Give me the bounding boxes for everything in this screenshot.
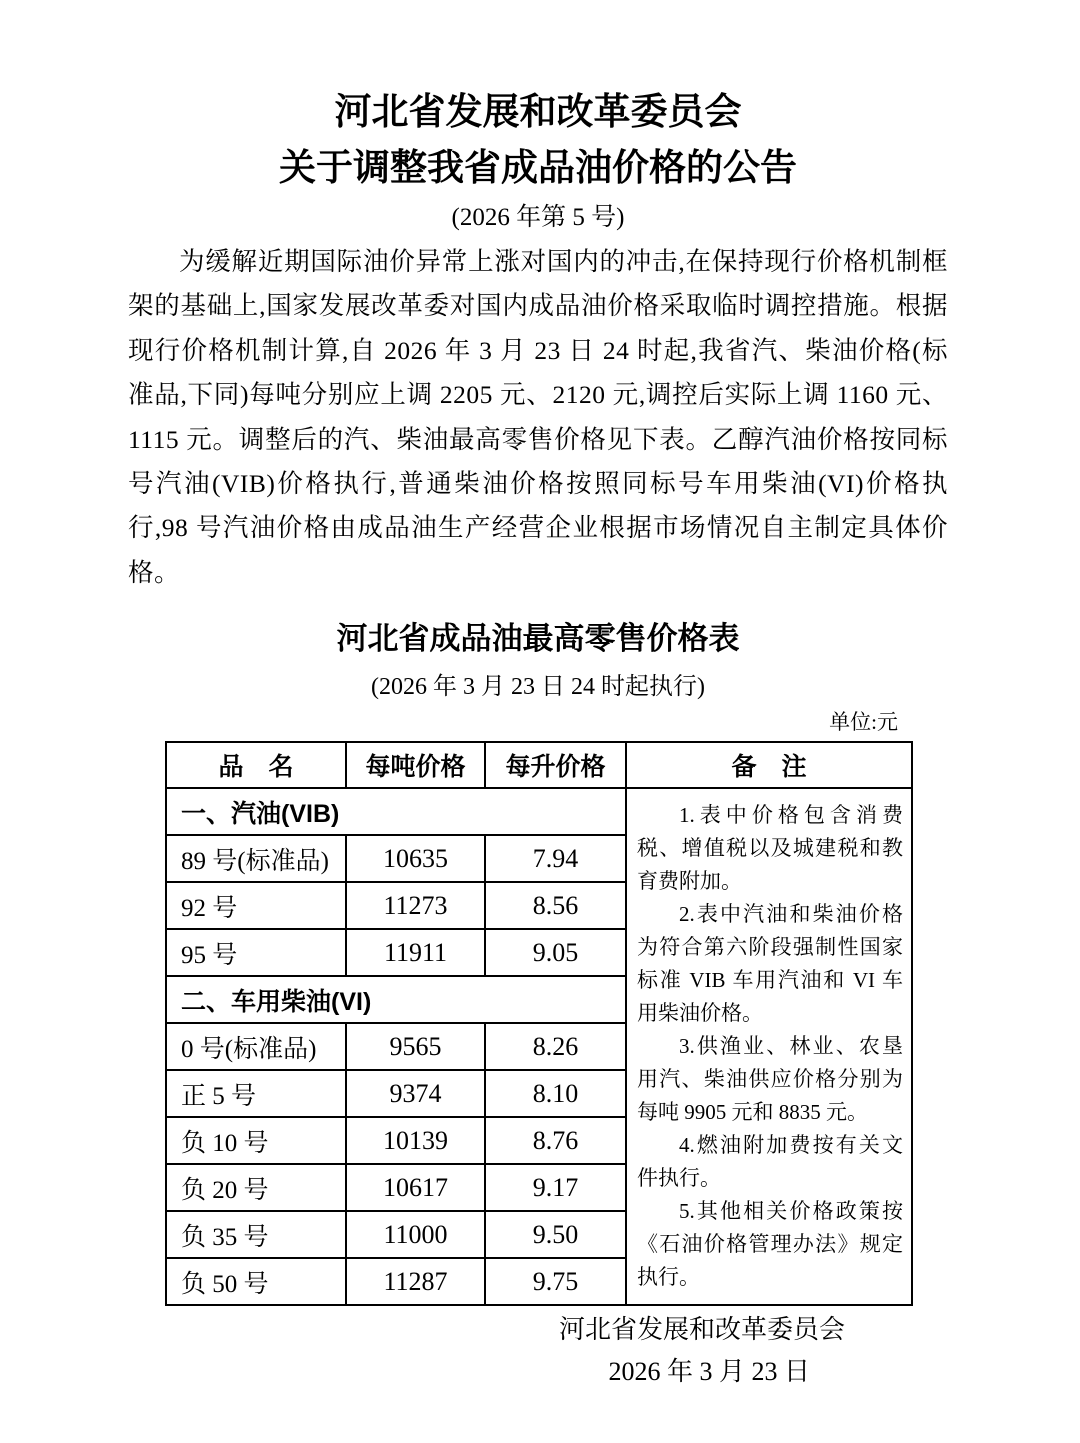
price-per-ton-cell: 10139 xyxy=(346,1117,485,1164)
price-per-ton-cell: 9565 xyxy=(346,1023,485,1070)
price-per-liter-cell: 8.56 xyxy=(485,882,626,929)
price-per-ton-cell: 11287 xyxy=(346,1258,485,1305)
document-number: (2026 年第 5 号) xyxy=(128,200,948,236)
signature-block: 河北省发展和改革委员会 2026 年 3 月 23 日 xyxy=(128,1310,948,1392)
product-name-cell: 负 35 号 xyxy=(166,1211,346,1258)
price-per-liter-cell: 9.50 xyxy=(485,1211,626,1258)
section-row: 一、汽油(VIB)1.表中价格包含消费税、增值税以及城建税和教育费附加。2.表中… xyxy=(166,788,912,835)
body-paragraph: 为缓解近期国际油价异常上涨对国内的冲击,在保持现行价格机制框架的基础上,国家发展… xyxy=(128,240,948,595)
document-page: 河北省发展和改革委员会 关于调整我省成品油价格的公告 (2026 年第 5 号)… xyxy=(0,0,1080,1443)
note-item: 4.燃油附加费按有关文件执行。 xyxy=(637,1129,903,1195)
price-per-liter-cell: 8.26 xyxy=(485,1023,626,1070)
section-label: 二、车用柴油(VI) xyxy=(166,976,626,1023)
column-header-remarks: 备 注 xyxy=(626,742,912,788)
product-name-cell: 95 号 xyxy=(166,929,346,976)
price-per-ton-cell: 10635 xyxy=(346,835,485,882)
price-table-container: 单位:元 品 名每吨价格每升价格备 注 一、汽油(VIB)1.表中价格包含消费税… xyxy=(165,707,911,1306)
price-per-liter-cell: 8.76 xyxy=(485,1117,626,1164)
price-per-ton-cell: 11000 xyxy=(346,1211,485,1258)
column-header-price-per-ton: 每吨价格 xyxy=(346,742,485,788)
product-name-cell: 负 50 号 xyxy=(166,1258,346,1305)
price-table-title: 河北省成品油最高零售价格表 xyxy=(128,617,948,661)
price-per-liter-cell: 7.94 xyxy=(485,835,626,882)
product-name-cell: 0 号(标准品) xyxy=(166,1023,346,1070)
note-item: 5.其他相关价格政策按《石油价格管理办法》规定执行。 xyxy=(637,1195,903,1294)
column-header-product-name: 品 名 xyxy=(166,742,346,788)
price-table: 品 名每吨价格每升价格备 注 一、汽油(VIB)1.表中价格包含消费税、增值税以… xyxy=(165,741,913,1306)
price-per-ton-cell: 10617 xyxy=(346,1164,485,1211)
price-per-liter-cell: 8.10 xyxy=(485,1070,626,1117)
price-per-liter-cell: 9.05 xyxy=(485,929,626,976)
note-item: 3.供渔业、林业、农垦用汽、柴油供应价格分别为每吨 9905 元和 8835 元… xyxy=(637,1030,903,1129)
document-title: 河北省发展和改革委员会 关于调整我省成品油价格的公告 xyxy=(128,84,948,196)
price-per-ton-cell: 11911 xyxy=(346,929,485,976)
product-name-cell: 89 号(标准品) xyxy=(166,835,346,882)
note-item: 2.表中汽油和柴油价格为符合第六阶段强制性国家标准 VIB 车用汽油和 VI 车… xyxy=(637,898,903,1030)
product-name-cell: 负 20 号 xyxy=(166,1164,346,1211)
document-title-line1: 河北省发展和改革委员会 xyxy=(335,91,742,132)
product-name-cell: 正 5 号 xyxy=(166,1070,346,1117)
column-header-price-per-liter: 每升价格 xyxy=(485,742,626,788)
price-per-liter-cell: 9.75 xyxy=(485,1258,626,1305)
price-per-ton-cell: 9374 xyxy=(346,1070,485,1117)
signature-date: 2026 年 3 月 23 日 xyxy=(128,1352,948,1392)
price-table-subtitle: (2026 年 3 月 23 日 24 时起执行) xyxy=(128,669,948,705)
price-table-body: 一、汽油(VIB)1.表中价格包含消费税、增值税以及城建税和教育费附加。2.表中… xyxy=(166,788,912,1305)
section-label: 一、汽油(VIB) xyxy=(166,788,626,835)
product-name-cell: 负 10 号 xyxy=(166,1117,346,1164)
price-per-ton-cell: 11273 xyxy=(346,882,485,929)
header-row: 品 名每吨价格每升价格备 注 xyxy=(166,742,912,788)
unit-label: 单位:元 xyxy=(165,707,911,737)
notes-cell: 1.表中价格包含消费税、增值税以及城建税和教育费附加。2.表中汽油和柴油价格为符… xyxy=(626,788,912,1305)
document-title-line2: 关于调整我省成品油价格的公告 xyxy=(279,147,797,188)
note-item: 1.表中价格包含消费税、增值税以及城建税和教育费附加。 xyxy=(637,799,903,898)
price-per-liter-cell: 9.17 xyxy=(485,1164,626,1211)
signature-issuer: 河北省发展和改革委员会 xyxy=(128,1310,948,1350)
price-table-header: 品 名每吨价格每升价格备 注 xyxy=(166,742,912,788)
product-name-cell: 92 号 xyxy=(166,882,346,929)
